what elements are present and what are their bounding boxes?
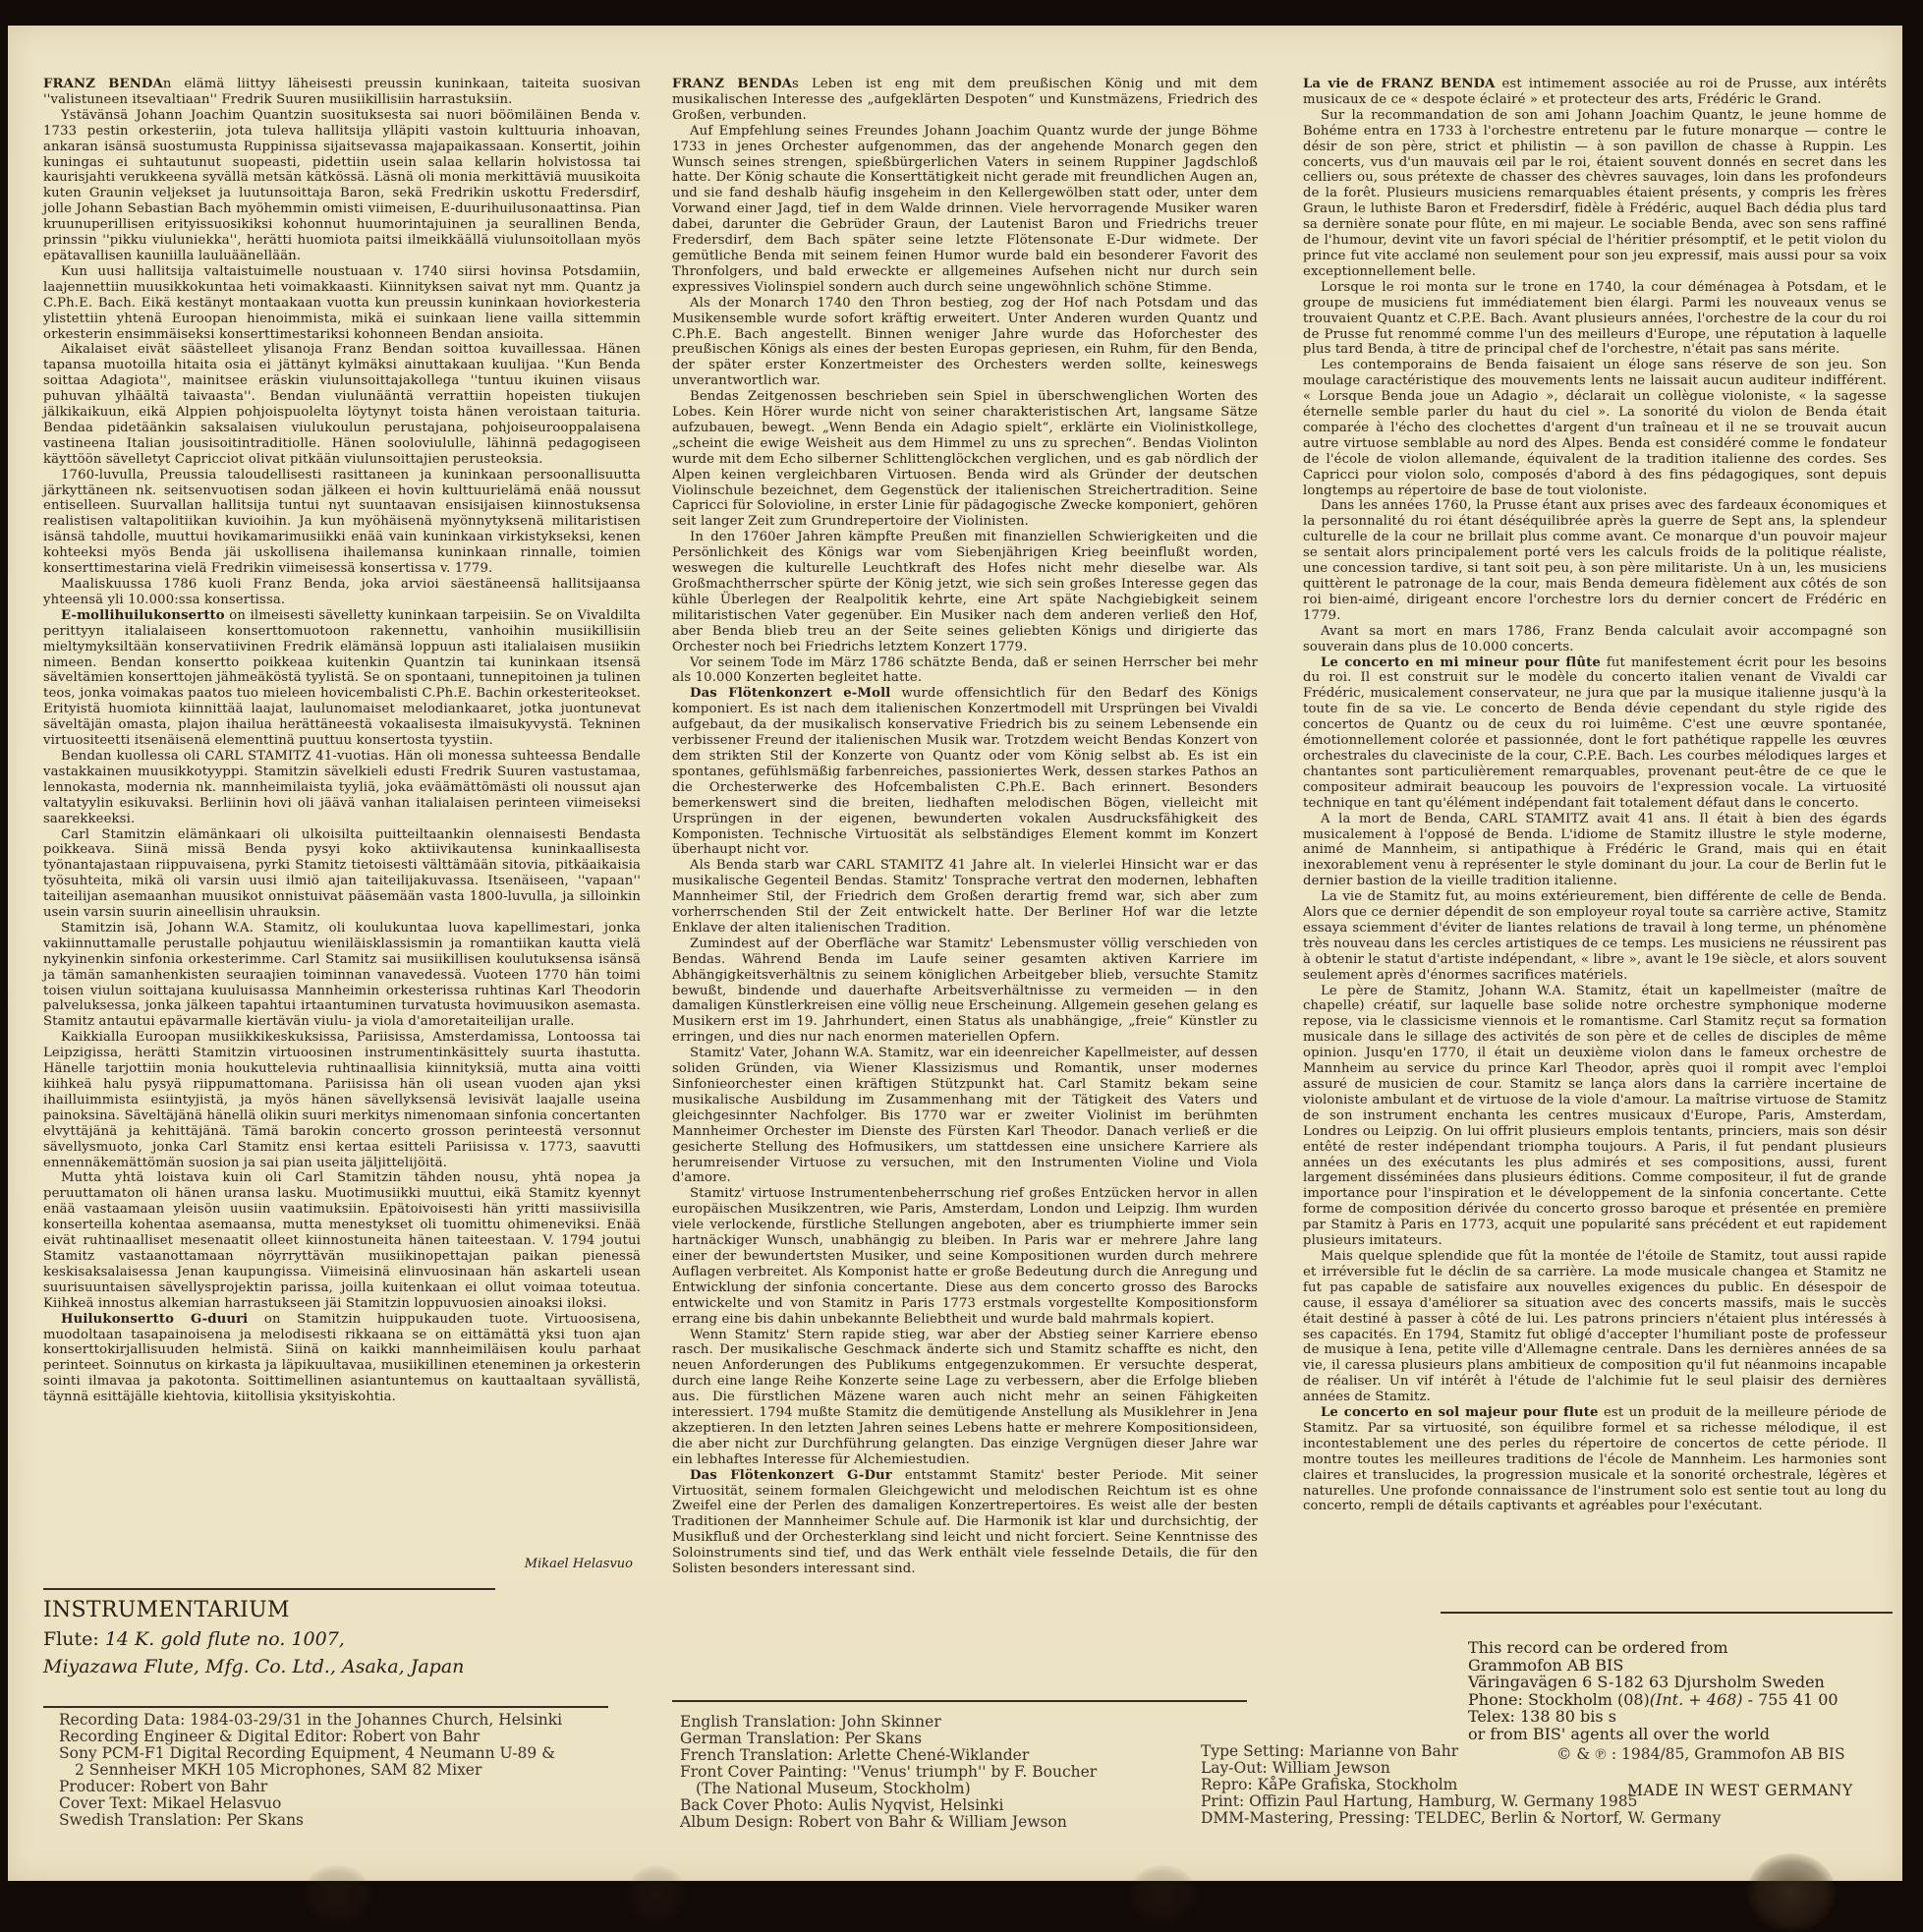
paragraph: Das Flötenkonzert e-Moll wurde offensich… xyxy=(672,686,1258,858)
copyright: © & ℗ : 1984/85, Grammofon AB BIS xyxy=(1556,1745,1845,1764)
paragraph: FRANZ BENDAn elämä liittyy läheisesti pr… xyxy=(43,77,641,108)
translation-credits: English Translation: John Skinner German… xyxy=(680,1714,1097,1831)
paragraph-lead: E-mollihuilukonsertto xyxy=(61,608,225,623)
order-line: Grammofon AB BIS xyxy=(1468,1657,1838,1675)
paragraph: Huilukonsertto G-duuri on Stamitzin huip… xyxy=(43,1312,641,1405)
credit-line: DMM-Mastering, Pressing: TELDEC, Berlin … xyxy=(1201,1810,1721,1827)
flute-value: 14 K. gold flute no. 1007, xyxy=(105,1628,345,1650)
paragraph: Kun uusi hallitsija valtaistuimelle nous… xyxy=(43,264,641,343)
divider xyxy=(43,1588,495,1590)
paragraph: Le concerto en mi mineur pour flûte fut … xyxy=(1303,655,1887,812)
order-info: This record can be ordered from Grammofo… xyxy=(1468,1639,1838,1743)
paragraph: Vor seinem Tode im März 1786 schätzte Be… xyxy=(672,655,1258,687)
flute-label: Flute: xyxy=(43,1628,99,1650)
paragraph: Wenn Stamitz' Stern rapide stieg, war ab… xyxy=(672,1328,1258,1468)
credit-line: English Translation: John Skinner xyxy=(680,1714,1097,1731)
flute-line: Flute: 14 K. gold flute no. 1007, xyxy=(43,1628,464,1650)
paragraph: La vie de Stamitz fut, au moins extérieu… xyxy=(1303,889,1887,983)
paragraph: Zumindest auf der Oberfläche war Stamitz… xyxy=(672,937,1258,1046)
photo-shadow xyxy=(1747,1853,1836,1892)
paragraph: Ystävänsä Johann Joachim Quantzin suosit… xyxy=(43,108,641,264)
divider xyxy=(43,1706,608,1708)
paragraph: Mutta yhtä loistava kuin oli Carl Stamit… xyxy=(43,1170,641,1311)
credit-line: Swedish Translation: Per Skans xyxy=(59,1812,562,1829)
paragraph: Bendan kuollessa oli CARL STAMITZ 41-vuo… xyxy=(43,749,641,827)
divider xyxy=(1441,1612,1893,1614)
flute-maker: Miyazawa Flute, Mfg. Co. Ltd., Asaka, Ja… xyxy=(43,1656,464,1677)
phone-line: Phone: Stockholm (08)(Int. + 468) - 755 … xyxy=(1468,1691,1838,1709)
paragraph: Als Benda starb war CARL STAMITZ 41 Jahr… xyxy=(672,858,1258,937)
credit-line: (The National Museum, Stockholm) xyxy=(680,1781,1097,1797)
credit-line: Recording Engineer & Digital Editor: Rob… xyxy=(59,1729,562,1745)
album-back-cover: FRANZ BENDAn elämä liittyy läheisesti pr… xyxy=(8,26,1902,1881)
credit-line: Back Cover Photo: Aulis Nyqvist, Helsink… xyxy=(680,1797,1097,1814)
phone-number: - 755 41 00 xyxy=(1743,1690,1838,1709)
paragraph: Maaliskuussa 1786 kuoli Franz Benda, jok… xyxy=(43,577,641,608)
phone-prefix: Phone: Stockholm (08) xyxy=(1468,1690,1650,1709)
paragraph: Avant sa mort en mars 1786, Franz Benda … xyxy=(1303,624,1887,655)
paragraph: Sur la recommandation de son ami Johann … xyxy=(1303,108,1887,280)
photo-shadow xyxy=(627,1865,686,1892)
paragraph: Carl Stamitzin elämänkaari oli ulkoisilt… xyxy=(43,827,641,921)
paragraph: Das Flötenkonzert G-Dur entstammt Stamit… xyxy=(672,1468,1258,1577)
order-line: or from BIS' agents all over the world xyxy=(1468,1726,1838,1743)
paragraph: Mais quelque splendide que fût la montée… xyxy=(1303,1249,1887,1405)
paragraph: Le père de Stamitz, Johann W.A. Stamitz,… xyxy=(1303,984,1887,1249)
paragraph: La vie de FRANZ BENDA est intimement ass… xyxy=(1303,77,1887,108)
order-line: Väringavägen 6 S-182 63 Djursholm Sweden xyxy=(1468,1674,1838,1691)
credit-line: Recording Data: 1984-03-29/31 in the Joh… xyxy=(59,1712,562,1729)
credit-line: Album Design: Robert von Bahr & William … xyxy=(680,1814,1097,1831)
paragraph: Lorsque le roi monta sur le trone en 174… xyxy=(1303,280,1887,359)
paragraph-lead: Das Flötenkonzert e-Moll xyxy=(690,686,890,701)
maker-text: Miyazawa Flute, Mfg. Co. Ltd., Asaka, Ja… xyxy=(43,1656,464,1677)
paragraph: Le concerto en sol majeur pour flute est… xyxy=(1303,1405,1887,1514)
paragraph: Kaikkialla Euroopan musiikkikeskuksissa,… xyxy=(43,1030,641,1170)
paragraph: Les contemporains de Benda faisaient un … xyxy=(1303,358,1887,498)
paragraph: Aikalaiset eivät säästelleet ylisanoja F… xyxy=(43,342,641,467)
paragraph-lead: Le concerto en sol majeur pour flute xyxy=(1321,1405,1599,1420)
order-line: This record can be ordered from xyxy=(1468,1639,1838,1657)
author-signature: Mikael Helasvuo xyxy=(43,1557,633,1571)
credit-line: 2 Sennheiser MKH 105 Microphones, SAM 82… xyxy=(59,1762,562,1779)
paragraph: E-mollihuilukonsertto on ilmeisesti säve… xyxy=(43,608,641,749)
paragraph: 1760-luvulla, Preussia taloudellisesti r… xyxy=(43,468,641,577)
paragraph: Auf Empfehlung seines Freundes Johann Jo… xyxy=(672,124,1258,296)
credit-line: French Translation: Arlette Chené-Wiklan… xyxy=(680,1747,1097,1764)
order-line: Telex: 138 80 bis s xyxy=(1468,1708,1838,1726)
finnish-liner-notes: FRANZ BENDAn elämä liittyy läheisesti pr… xyxy=(43,77,641,1405)
paragraph-lead: FRANZ BENDA xyxy=(43,77,163,91)
paragraph-lead: FRANZ BENDA xyxy=(672,77,792,91)
photo-shadow xyxy=(1128,1865,1197,1892)
paragraph: Stamitz' virtuose Instrumentenbeherrschu… xyxy=(672,1186,1258,1327)
credit-line: Producer: Robert von Bahr xyxy=(59,1779,562,1795)
paragraph: Als der Monarch 1740 den Thron bestieg, … xyxy=(672,296,1258,389)
phone-intl: (Int. + 468) xyxy=(1650,1690,1743,1709)
recording-credits: Recording Data: 1984-03-29/31 in the Joh… xyxy=(59,1712,562,1829)
paragraph-lead: La vie de FRANZ BENDA xyxy=(1303,77,1496,91)
credit-line: Sony PCM-F1 Digital Recording Equipment,… xyxy=(59,1745,562,1762)
divider xyxy=(672,1700,1247,1702)
credit-line: Front Cover Painting: ''Venus' triumph''… xyxy=(680,1764,1097,1781)
paragraph-lead: Huilukonsertto G-duuri xyxy=(61,1312,248,1327)
made-in-label: MADE IN WEST GERMANY xyxy=(1627,1782,1853,1799)
paragraph-lead: Le concerto en mi mineur pour flûte xyxy=(1321,655,1601,670)
paragraph: In den 1760er Jahren kämpfte Preußen mit… xyxy=(672,530,1258,654)
paragraph: A la mort de Benda, CARL STAMITZ avait 4… xyxy=(1303,812,1887,890)
credit-line: Cover Text: Mikael Helasvuo xyxy=(59,1795,562,1812)
paragraph-lead: Das Flötenkonzert G-Dur xyxy=(690,1468,892,1483)
german-liner-notes: FRANZ BENDAs Leben ist eng mit dem preuß… xyxy=(672,77,1258,1577)
paragraph: Stamitzin isä, Johann W.A. Stamitz, oli … xyxy=(43,921,641,1030)
paragraph: Bendas Zeitgenossen beschrieben sein Spi… xyxy=(672,389,1258,530)
instrumentarium: INSTRUMENTARIUM Flute: 14 K. gold flute … xyxy=(43,1598,464,1677)
french-liner-notes: La vie de FRANZ BENDA est intimement ass… xyxy=(1303,77,1887,1514)
credit-line: German Translation: Per Skans xyxy=(680,1731,1097,1747)
instrumentarium-title: INSTRUMENTARIUM xyxy=(43,1598,464,1622)
paragraph: Dans les années 1760, la Prusse étant au… xyxy=(1303,498,1887,623)
paragraph: Stamitz' Vater, Johann W.A. Stamitz, war… xyxy=(672,1046,1258,1186)
photo-shadow xyxy=(303,1865,371,1892)
paragraph: FRANZ BENDAs Leben ist eng mit dem preuß… xyxy=(672,77,1258,124)
